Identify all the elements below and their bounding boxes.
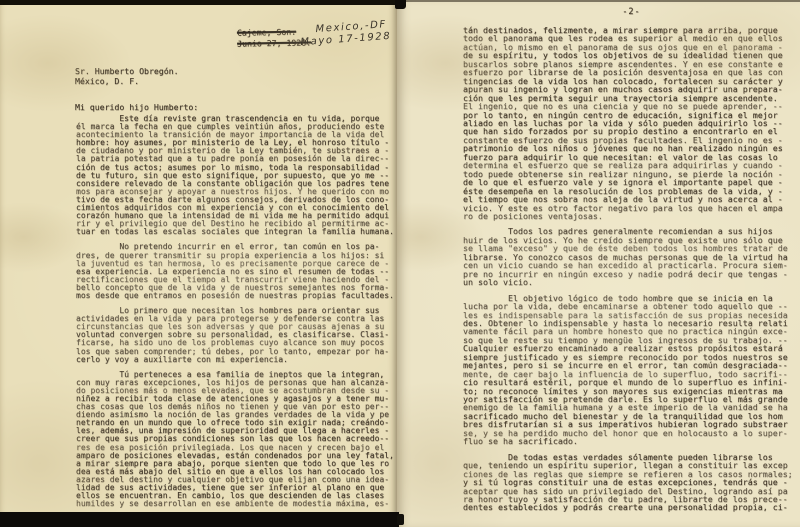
paragraph-2: No pretendo incurrir en el error, tan co… — [76, 243, 396, 300]
scanned-letter: Cajeme, Son.Junio 27, 1928. Mexico,-DFMa… — [0, 0, 800, 527]
paragraph-3: Lo primero que necesitan los hombres par… — [76, 307, 396, 364]
paragraph-8: De todas estas verdades sólamente pueden… — [463, 453, 800, 512]
paragraph-6: Todos los padres generalmente recomienda… — [463, 227, 800, 286]
scan-edge-top-right — [397, 0, 800, 2]
letter-page-1: Cajeme, Son.Junio 27, 1928. Mexico,-DFMa… — [0, 0, 397, 527]
scan-edge-mark-top — [395, 0, 406, 9]
scan-edge-bottom — [0, 512, 399, 527]
recipient-address: Sr. Humberto Obregón.México, D. F. — [75, 66, 179, 86]
scan-edge-top — [0, 0, 399, 5]
page2-body: tán destinados, felizmente, a mirar siem… — [463, 26, 800, 512]
handwritten-dateline: Mexico,-DFMayo 17-1928 — [299, 19, 391, 49]
paragraph-4: Tú perteneces a esa familia de ineptos q… — [76, 371, 396, 509]
paragraph-7: El objetivo lógico de todo hombre que se… — [463, 294, 800, 446]
letter-page-2: -2- tán destinados, felizmente, a mirar … — [397, 0, 800, 527]
scan-edge-mark-bottom — [397, 514, 404, 525]
salutation: Mi querido hijo Humberto: — [75, 102, 198, 112]
page-number: -2- — [463, 7, 800, 17]
page1-body: Este día reviste gran trascendencia en t… — [76, 115, 396, 508]
paragraph-5: tán destinados, felizmente, a mirar siem… — [463, 26, 800, 220]
paragraph-1: Este día reviste gran trascendencia en t… — [76, 115, 396, 236]
